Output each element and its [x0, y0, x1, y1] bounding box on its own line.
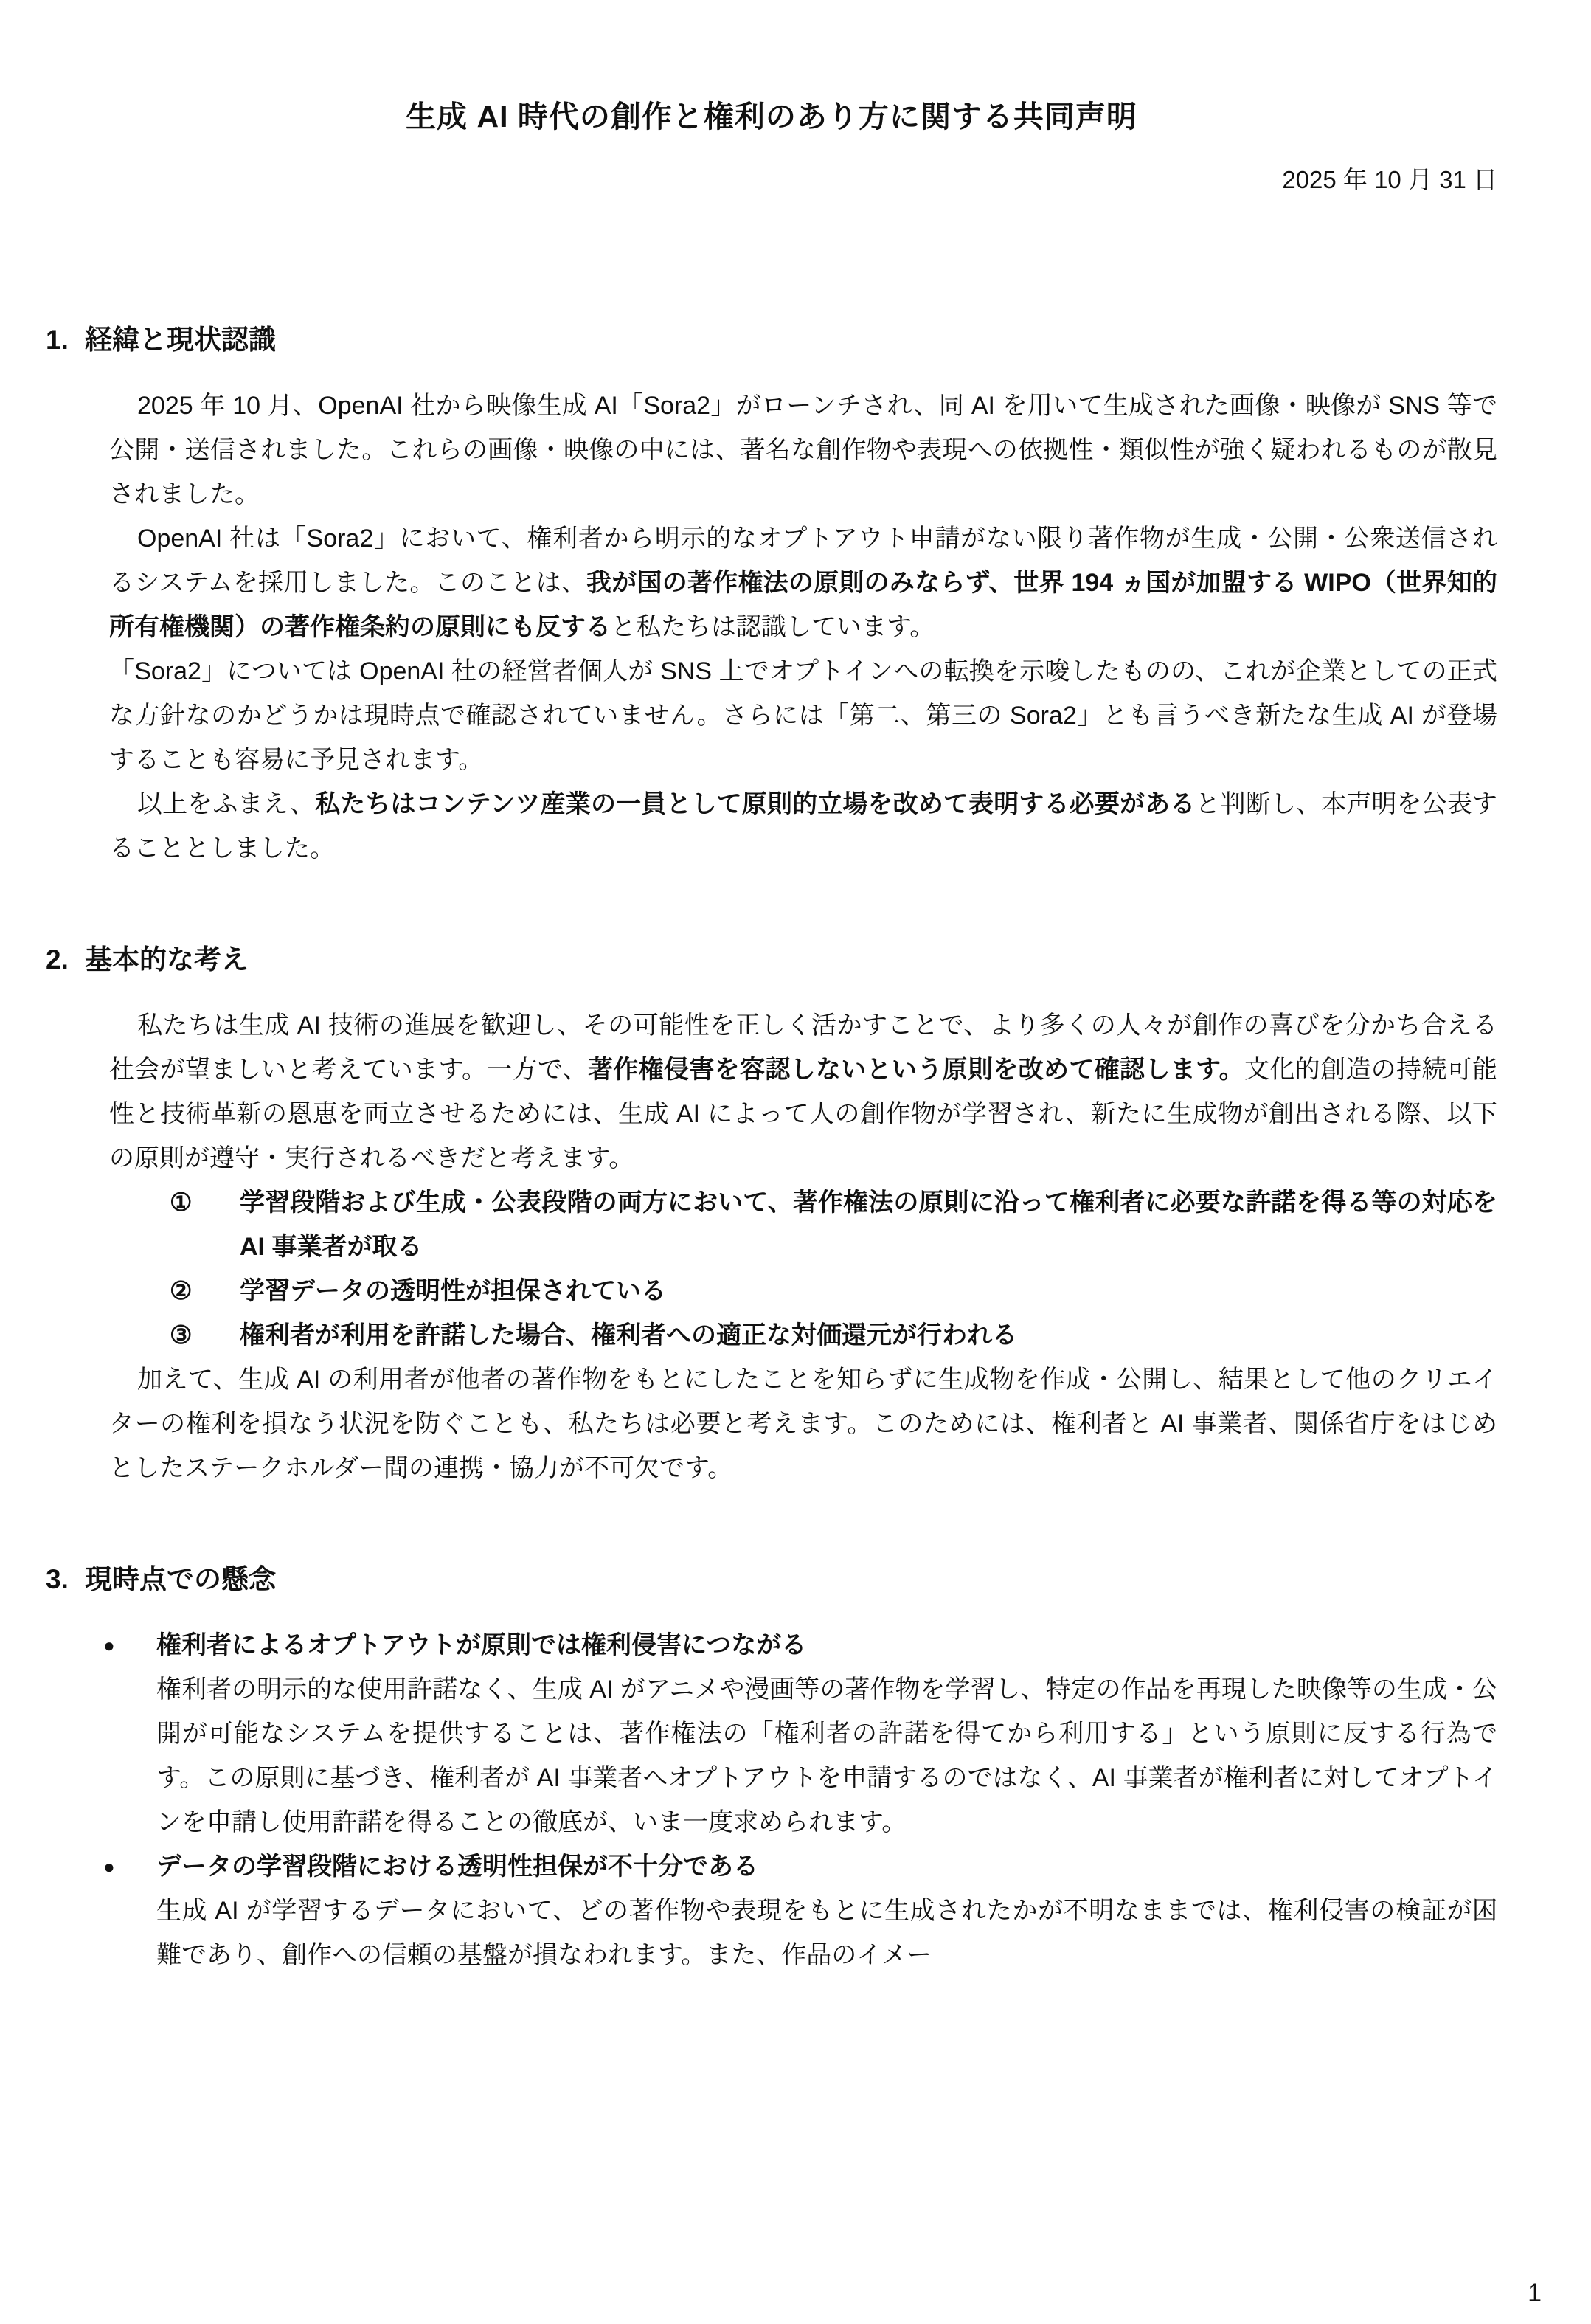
bullet-item-2: ● データの学習段階における透明性担保が不十分である 生成 AI が学習するデー… — [103, 1844, 1497, 1977]
section-2-body-cont: 加えて、生成 AI の利用者が他者の著作物をもとにしたことを知らずに生成物を作成… — [109, 1358, 1497, 1490]
numbered-item-1: ① 学習段階および生成・公表段階の両方において、著作権法の原則に沿って権利者に必… — [170, 1180, 1497, 1269]
paragraph: OpenAI 社は「Sora2」において、権利者から明示的なオプトアウト申請がな… — [109, 516, 1497, 649]
bullet-item-1-body: 権利者の明示的な使用許諾なく、生成 AI がアニメや漫画等の著作物を学習し、特定… — [156, 1667, 1497, 1844]
bullet-item-2-content: データの学習段階における透明性担保が不十分である 生成 AI が学習するデータに… — [156, 1844, 1497, 1977]
numbered-item-3-text: 権利者が利用を許諾した場合、権利者への適正な対価還元が行われる — [240, 1313, 1017, 1358]
paragraph: 私たちは生成 AI 技術の進展を歓迎し、その可能性を正しく活かすことで、より多く… — [109, 1003, 1497, 1180]
section-1-heading-label: 経緯と現状認識 — [85, 319, 276, 362]
bullet-icon: ● — [103, 1623, 156, 1844]
section-2-number: 2. — [46, 938, 85, 981]
circled-number-1: ① — [170, 1180, 240, 1269]
circled-number-2: ② — [170, 1269, 240, 1313]
document-page: 生成 AI 時代の創作と権利のあり方に関する共同声明 2025 年 10 月 3… — [0, 0, 1591, 2324]
paragraph-text: 「Sora2」については OpenAI 社の経営者個人が SNS 上でオプトイン… — [109, 657, 1497, 774]
paragraph-text: 2025 年 10 月、OpenAI 社から映像生成 AI「Sora2」がローン… — [109, 392, 1497, 508]
section-2-body: 私たちは生成 AI 技術の進展を歓迎し、その可能性を正しく活かすことで、より多く… — [109, 1003, 1497, 1180]
section-1-number: 1. — [46, 319, 85, 362]
section-3-heading-label: 現時点での懸念 — [85, 1558, 276, 1601]
section-1-heading: 1. 経緯と現状認識 — [46, 319, 1497, 362]
section-2-heading-label: 基本的な考え — [85, 938, 249, 981]
page-title: 生成 AI 時代の創作と権利のあり方に関する共同声明 — [46, 94, 1497, 139]
section-2-heading: 2. 基本的な考え — [46, 938, 1497, 981]
section-1-body: 2025 年 10 月、OpenAI 社から映像生成 AI「Sora2」がローン… — [109, 384, 1497, 871]
numbered-item-2: ② 学習データの透明性が担保されている — [170, 1269, 1497, 1313]
bullet-item-1: ● 権利者によるオプトアウトが原則では権利侵害につながる 権利者の明示的な使用許… — [103, 1623, 1497, 1844]
paragraph: 「Sora2」については OpenAI 社の経営者個人が SNS 上でオプトイン… — [109, 649, 1497, 782]
bullet-item-1-title: 権利者によるオプトアウトが原則では権利侵害につながる — [156, 1623, 1497, 1667]
paragraph-text: 以上をふまえ、 — [137, 790, 315, 818]
bullet-icon: ● — [103, 1844, 156, 1977]
numbered-item-2-text: 学習データの透明性が担保されている — [240, 1269, 666, 1313]
bullet-item-2-body: 生成 AI が学習するデータにおいて、どの著作物や表現をもとに生成されたかが不明… — [156, 1889, 1497, 1977]
section-3-heading: 3. 現時点での懸念 — [46, 1558, 1497, 1601]
paragraph: 加えて、生成 AI の利用者が他者の著作物をもとにしたことを知らずに生成物を作成… — [109, 1358, 1497, 1490]
numbered-item-3: ③ 権利者が利用を許諾した場合、権利者への適正な対価還元が行われる — [170, 1313, 1497, 1358]
paragraph-text: 加えて、生成 AI の利用者が他者の著作物をもとにしたことを知らずに生成物を作成… — [109, 1366, 1497, 1482]
page-number: 1 — [1528, 2278, 1542, 2308]
bullet-item-2-title: データの学習段階における透明性担保が不十分である — [156, 1844, 1497, 1889]
paragraph: 2025 年 10 月、OpenAI 社から映像生成 AI「Sora2」がローン… — [109, 384, 1497, 516]
bold-text: 私たちはコンテンツ産業の一員として原則的立場を改めて表明する必要がある — [315, 790, 1195, 818]
paragraph: 以上をふまえ、私たちはコンテンツ産業の一員として原則的立場を改めて表明する必要が… — [109, 782, 1497, 871]
bold-text: 著作権侵害を容認しないという原則を改めて確認します。 — [588, 1056, 1244, 1084]
paragraph-text: と私たちは認識しています。 — [611, 613, 935, 641]
section-3-number: 3. — [46, 1558, 85, 1601]
circled-number-3: ③ — [170, 1313, 240, 1358]
numbered-item-1-text: 学習段階および生成・公表段階の両方において、著作権法の原則に沿って権利者に必要な… — [240, 1180, 1497, 1269]
bullet-item-1-content: 権利者によるオプトアウトが原則では権利侵害につながる 権利者の明示的な使用許諾な… — [156, 1623, 1497, 1844]
document-date: 2025 年 10 月 31 日 — [46, 158, 1497, 202]
